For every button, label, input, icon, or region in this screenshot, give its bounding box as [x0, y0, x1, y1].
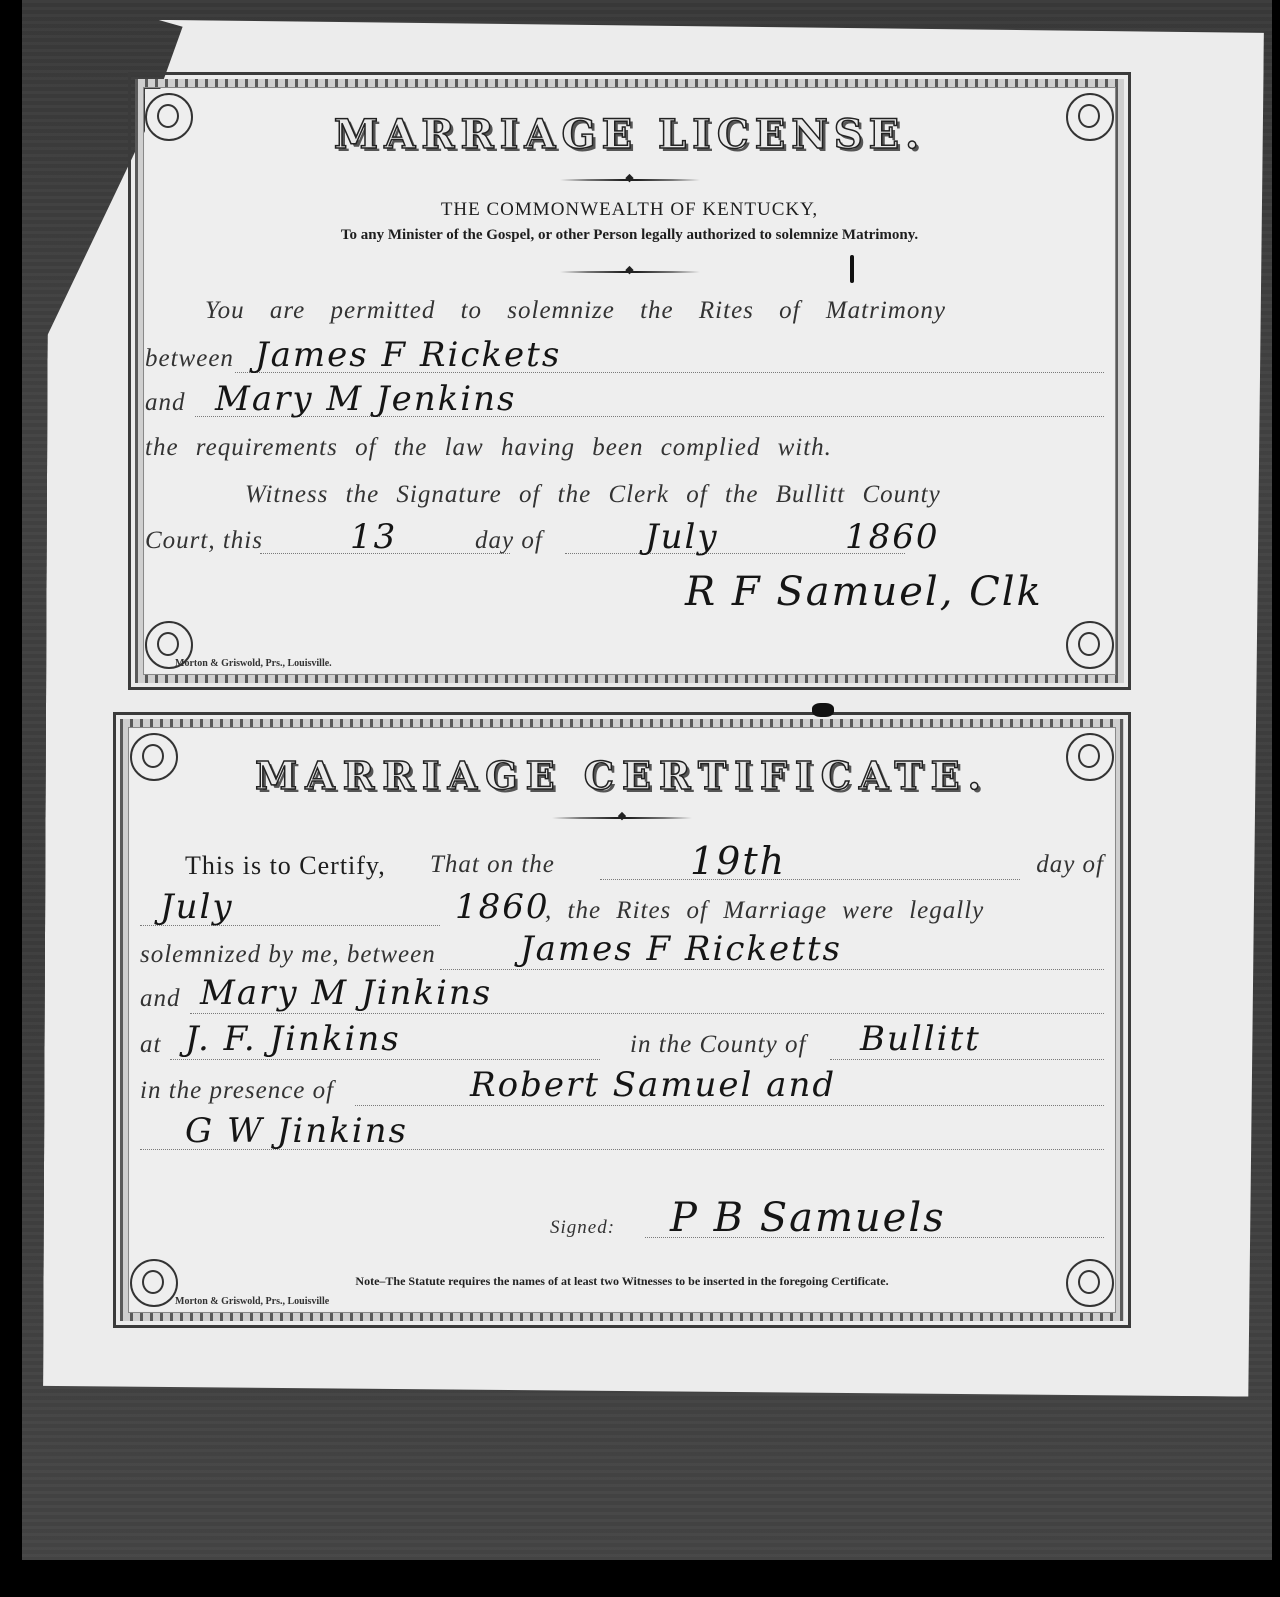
license-month: July: [645, 517, 719, 557]
requirements-line: the requirements of the law having been …: [145, 434, 832, 462]
certificate-day: 19th: [690, 839, 786, 883]
solemnized-label: solemnized by me, between: [140, 941, 436, 969]
ink-blot: [812, 703, 834, 717]
and-label: and: [145, 389, 186, 417]
marriage-certificate: MARRIAGE CERTIFICATE. This is to Certify…: [113, 712, 1131, 1328]
ink-mark: [850, 255, 854, 283]
groom-line: [440, 969, 1104, 970]
witness-1: Robert Samuel and: [470, 1065, 836, 1105]
bride-line: [190, 1013, 1104, 1014]
between-label: between: [145, 345, 234, 373]
addressee-line: To any Minister of the Gospel, or other …: [145, 227, 1114, 244]
groom-name: James F Rickets: [255, 335, 561, 375]
ornamental-divider: [560, 271, 700, 273]
witness-line-1: [355, 1105, 1104, 1106]
signed-label: Signed:: [550, 1217, 615, 1239]
marriage-license: MARRIAGE LICENSE. THE COMMONWEALTH OF KE…: [128, 72, 1131, 690]
witness-2: G W Jinkins: [185, 1111, 408, 1151]
officiant-signature: P B Samuels: [670, 1195, 946, 1241]
groom-name: James F Ricketts: [520, 929, 842, 969]
statute-note: Note–The Statute requires the names of a…: [130, 1274, 1114, 1289]
that-on-label: That on the: [430, 851, 555, 879]
bride-name: Mary M Jinkins: [200, 973, 492, 1013]
license-title: MARRIAGE LICENSE.: [145, 111, 1114, 158]
county-name: Bullitt: [860, 1019, 981, 1059]
certify-label: This is to Certify,: [185, 851, 386, 881]
location-line: [170, 1059, 600, 1060]
certificate-body: MARRIAGE CERTIFICATE. This is to Certify…: [130, 729, 1114, 1311]
rites-label: , the Rites of Marriage were legally: [545, 897, 984, 925]
day-of-label: day of: [1036, 851, 1104, 879]
ornamental-divider: [552, 817, 692, 819]
document-page: MARRIAGE LICENSE. THE COMMONWEALTH OF KE…: [0, 0, 1280, 1597]
commonwealth-heading: THE COMMONWEALTH OF KENTUCKY,: [145, 199, 1114, 221]
county-line: [830, 1059, 1104, 1060]
court-label: Court, this: [145, 527, 263, 555]
printer-imprint: Morton & Griswold, Prs., Louisville: [175, 1296, 329, 1307]
permission-line: You are permitted to solemnize the Rites…: [205, 297, 946, 325]
day-line: [600, 879, 1020, 880]
presence-label: in the presence of: [140, 1077, 334, 1105]
at-label: at: [140, 1031, 161, 1059]
ceremony-location: J. F. Jinkins: [185, 1019, 401, 1059]
bride-name: Mary M Jenkins: [215, 379, 516, 419]
license-day: 13: [350, 517, 397, 557]
county-label: in the County of: [630, 1031, 806, 1059]
corner-swirl-icon: [1066, 621, 1114, 669]
certificate-title: MARRIAGE CERTIFICATE.: [130, 753, 1114, 798]
license-body: MARRIAGE LICENSE. THE COMMONWEALTH OF KE…: [145, 89, 1114, 673]
license-year: 1860: [845, 517, 940, 557]
ornamental-divider: [560, 179, 700, 181]
day-of-label: day of: [475, 527, 543, 555]
and-label: and: [140, 985, 181, 1013]
witness-clause: Witness the Signature of the Clerk of th…: [245, 481, 941, 509]
certificate-month: July: [160, 887, 234, 927]
certificate-year: 1860: [455, 887, 550, 927]
printer-imprint: Morton & Griswold, Prs., Louisville.: [175, 658, 332, 669]
clerk-signature: R F Samuel, Clk: [685, 569, 1043, 615]
